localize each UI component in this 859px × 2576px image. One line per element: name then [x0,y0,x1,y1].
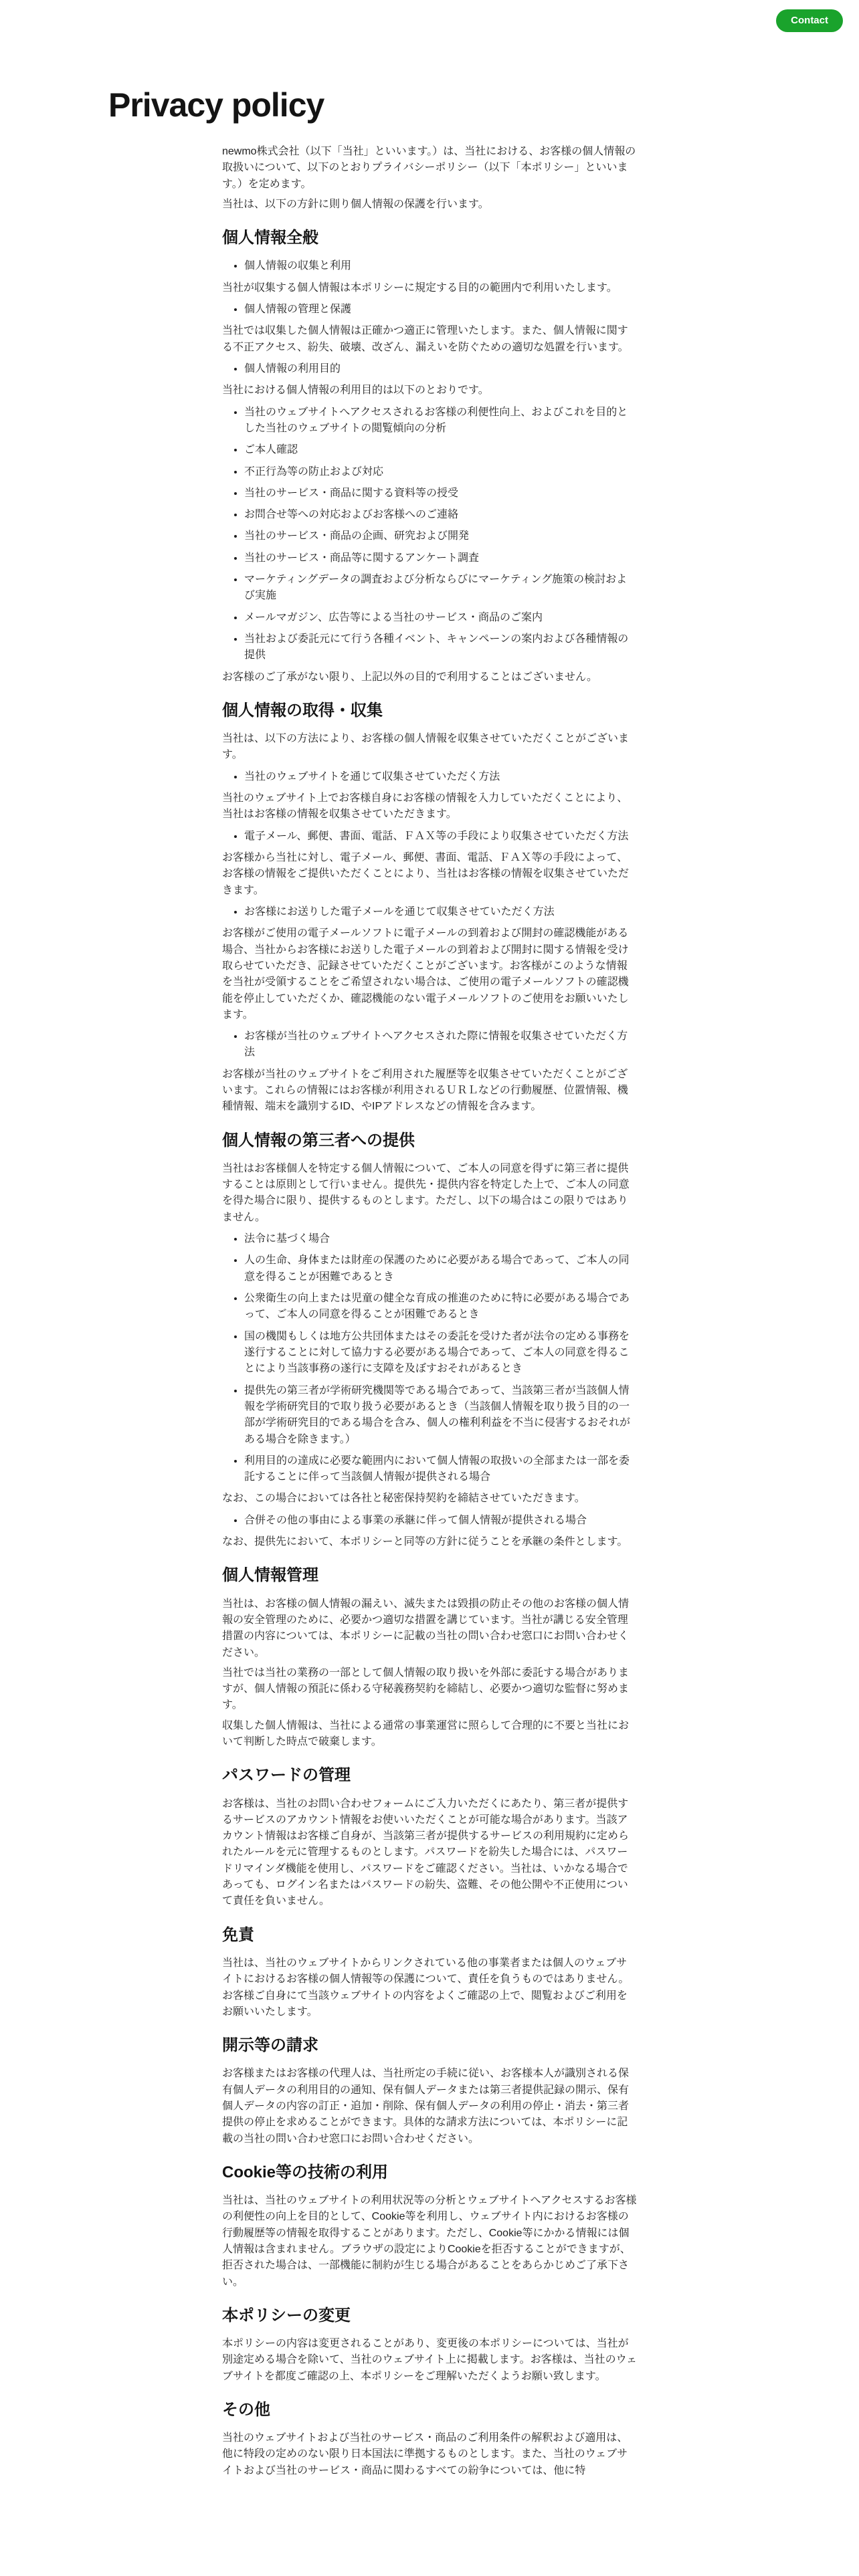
policy-paragraph: お客様から当社に対し、電子メール、郵便、書面、電話、ＦＡＸ等の手段によって、お客… [222,850,637,899]
policy-list: 個人情報の利用目的 [222,361,637,377]
policy-list: 個人情報の管理と保護 [222,302,637,318]
policy-list: お客様にお送りした電子メールを通じて収集させていただく方法 [222,904,637,920]
policy-sections: 個人情報全般個人情報の収集と利用当社が収集する個人情報は本ポリシーに規定する目的… [222,227,637,2479]
page-title: Privacy policy [108,87,751,124]
policy-list-item: 人の生命、身体または財産の保護のために必要がある場合であって、ご本人の同意を得る… [244,1253,637,1285]
policy-list-item: 個人情報の収集と利用 [244,258,637,274]
policy-list-item: 法令に基づく場合 [244,1231,637,1247]
policy-list-item: マーケティングデータの調査および分析ならびにマーケティング施策の検討および実施 [244,572,637,605]
policy-list-item: お問合せ等への対応およびお客様へのご連絡 [244,507,637,523]
main-container: Privacy policy newmo株式会社（以下「当社」といいます。）は、… [108,0,751,2479]
section-title: 個人情報管理 [222,1565,637,1586]
policy-list: 法令に基づく場合人の生命、身体または財産の保護のために必要がある場合であって、ご… [222,1231,637,1485]
policy-list: 合併その他の事由による事業の承継に伴って個人情報が提供される場合 [222,1513,637,1529]
policy-list-item: お客様にお送りした電子メールを通じて収集させていただく方法 [244,904,637,920]
contact-button[interactable]: Contact [776,9,843,32]
privacy-policy-page: Contact Privacy policy newmo株式会社（以下「当社」と… [0,0,859,2576]
policy-list-item: 当社のウェブサイトを通じて収集させていただく方法 [244,769,637,785]
policy-paragraph: 当社は、以下の方法により、お客様の個人情報を収集させていただくことがございます。 [222,731,637,764]
policy-list-item: ご本人確認 [244,442,637,458]
policy-list-item: 国の機関もしくは地方公共団体またはその委託を受けた者が法令の定める事務を遂行する… [244,1329,637,1378]
policy-list: 当社のウェブサイトへアクセスされるお客様の利便性向上、およびこれを目的とした当社… [222,405,637,664]
policy-list-item: メールマガジン、広告等による当社のサービス・商品のご案内 [244,610,637,626]
policy-section: パスワードの管理お客様は、当社のお問い合わせフォームにご入力いただくにあたり、第… [222,1765,637,1909]
policy-list-item: 当社のサービス・商品の企画、研究および開発 [244,528,637,544]
policy-section: 個人情報管理当社は、お客様の個人情報の漏えい、滅失または毀損の防止その他のお客様… [222,1565,637,1750]
policy-paragraph: 当社は、お客様の個人情報の漏えい、滅失または毀損の防止その他のお客様の個人情報の… [222,1596,637,1661]
policy-list-item: 個人情報の利用目的 [244,361,637,377]
policy-paragraph: 当社では当社の業務の一部として個人情報の取り扱いを外部に委託する場合がありますが… [222,1665,637,1714]
policy-list-item: 個人情報の管理と保護 [244,302,637,318]
policy-list-item: お客様が当社のウェブサイトへアクセスされた際に情報を収集させていただく方法 [244,1029,637,1061]
section-title: Cookie等の技術の利用 [222,2162,637,2183]
policy-section: 個人情報の取得・収集当社は、以下の方法により、お客様の個人情報を収集させていただ… [222,700,637,1115]
policy-paragraph: お客様がご使用の電子メールソフトに電子メールの到着および開封の確認機能がある場合… [222,926,637,1023]
section-title: 本ポリシーの変更 [222,2305,637,2327]
policy-list-item: 利用目的の達成に必要な範囲内において個人情報の取扱いの全部または一部を委託するこ… [244,1453,637,1486]
section-title: 個人情報の取得・収集 [222,700,637,722]
policy-section: Cookie等の技術の利用当社は、当社のウェブサイトの利用状況等の分析とウェブサ… [222,2162,637,2290]
policy-content: newmo株式会社（以下「当社」といいます。）は、当社における、お客様の個人情報… [222,144,637,2479]
policy-paragraph: なお、提供先において、本ポリシーと同等の方針に従うことを承継の条件とします。 [222,1534,637,1550]
section-title: パスワードの管理 [222,1765,637,1786]
section-title: 開示等の請求 [222,2035,637,2056]
policy-paragraph: 本ポリシーの内容は変更されることがあり、変更後の本ポリシーについては、当社が別途… [222,2336,637,2385]
policy-paragraph: 当社は、当社のウェブサイトの利用状況等の分析とウェブサイトへアクセスするお客様の… [222,2193,637,2290]
policy-list: 電子メール、郵便、書面、電話、ＦＡＸ等の手段により収集させていただく方法 [222,829,637,845]
policy-list-item: 当社のサービス・商品に関する資料等の授受 [244,486,637,502]
policy-list-item: 提供先の第三者が学術研究機関等である場合であって、当該第三者が当該個人情報を学術… [244,1383,637,1448]
policy-list-item: 当社のウェブサイトへアクセスされるお客様の利便性向上、およびこれを目的とした当社… [244,405,637,437]
policy-list: 当社のウェブサイトを通じて収集させていただく方法 [222,769,637,785]
policy-list-item: 合併その他の事由による事業の承継に伴って個人情報が提供される場合 [244,1513,637,1529]
section-title: 個人情報全般 [222,227,637,249]
policy-section: その他当社のウェブサイトおよび当社のサービス・商品のご利用条件の解釈および適用は… [222,2399,637,2479]
policy-section: 本ポリシーの変更本ポリシーの内容は変更されることがあり、変更後の本ポリシーについ… [222,2305,637,2385]
policy-paragraph: 当社はお客様個人を特定する個人情報について、ご本人の同意を得ずに第三者に提供する… [222,1161,637,1226]
policy-paragraph: 当社のウェブサイトおよび当社のサービス・商品のご利用条件の解釈および適用は、他に… [222,2430,637,2479]
policy-list-item: 電子メール、郵便、書面、電話、ＦＡＸ等の手段により収集させていただく方法 [244,829,637,845]
policy-paragraph: お客様が当社のウェブサイトをご利用された履歴等を収集させていただくことがございま… [222,1067,637,1115]
policy-paragraph: 当社が収集する個人情報は本ポリシーに規定する目的の範囲内で利用いたします。 [222,280,637,296]
policy-paragraph: 当社のウェブサイト上でお客様自身にお客様の情報を入力していただくことにより、当社… [222,790,637,823]
policy-section: 開示等の請求お客様またはお客様の代理人は、当社所定の手続に従い、お客様本人が識別… [222,2035,637,2147]
policy-paragraph: 当社における個人情報の利用目的は以下のとおりです。 [222,383,637,399]
policy-list: 個人情報の収集と利用 [222,258,637,274]
policy-paragraph: 当社では収集した個人情報は正確かつ適正に管理いたします。また、個人情報に関する不… [222,323,637,356]
top-bar: Contact [0,0,859,43]
policy-paragraph: お客様は、当社のお問い合わせフォームにご入力いただくにあたり、第三者が提供するサ… [222,1796,637,1910]
intro-paragraph: 当社は、以下の方針に則り個人情報の保護を行います。 [222,197,637,213]
policy-list-item: 当社および委託元にて行う各種イベント、キャンペーンの案内および各種情報の提供 [244,631,637,664]
policy-paragraph: 収集した個人情報は、当社による通常の事業運営に照らして合理的に不要と当社において… [222,1718,637,1751]
policy-section: 個人情報全般個人情報の収集と利用当社が収集する個人情報は本ポリシーに規定する目的… [222,227,637,685]
policy-list: お客様が当社のウェブサイトへアクセスされた際に情報を収集させていただく方法 [222,1029,637,1061]
section-title: その他 [222,2399,637,2421]
policy-paragraph: お客様のご了承がない限り、上記以外の目的で利用することはございません。 [222,669,637,685]
section-title: 免責 [222,1925,637,1946]
policy-list-item: 公衆衛生の向上または児童の健全な育成の推進のために特に必要がある場合であって、ご… [244,1291,637,1323]
policy-list-item: 当社のサービス・商品等に関するアンケート調査 [244,550,637,566]
policy-paragraph: 当社は、当社のウェブサイトからリンクされている他の事業者または個人のウェブサイト… [222,1955,637,2020]
policy-section: 個人情報の第三者への提供当社はお客様個人を特定する個人情報について、ご本人の同意… [222,1130,637,1551]
policy-paragraph: なお、この場合においては各社と秘密保持契約を締結させていただきます。 [222,1491,637,1507]
intro-paragraph: newmo株式会社（以下「当社」といいます。）は、当社における、お客様の個人情報… [222,144,637,193]
policy-list-item: 不正行為等の防止および対応 [244,464,637,480]
policy-section: 免責当社は、当社のウェブサイトからリンクされている他の事業者または個人のウェブサ… [222,1925,637,2020]
policy-paragraph: お客様またはお客様の代理人は、当社所定の手続に従い、お客様本人が識別される保有個… [222,2066,637,2147]
section-title: 個人情報の第三者への提供 [222,1130,637,1152]
